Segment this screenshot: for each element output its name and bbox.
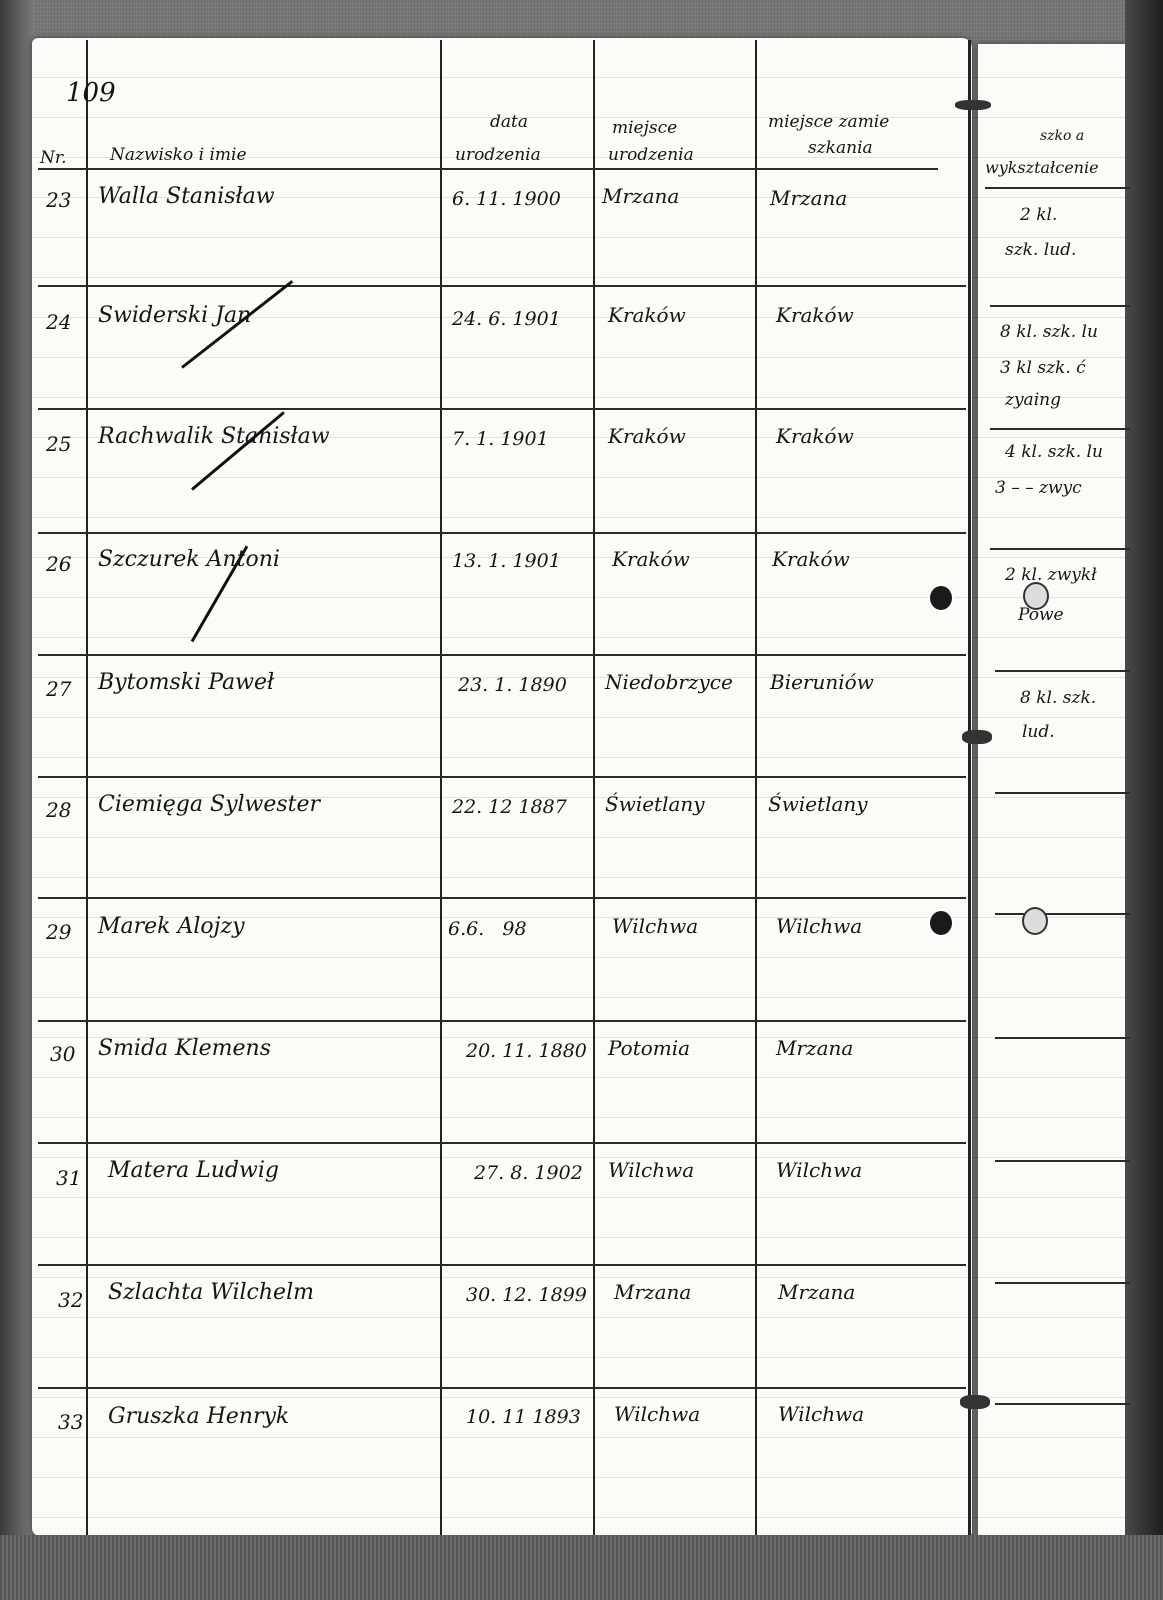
punch-hole [1023,582,1049,610]
row-birth-date: 22. 12 1887 [452,796,567,818]
register-page-right [978,44,1130,1544]
education-separator [995,913,1130,915]
header-no: Nr. [40,148,67,168]
header-residence-line1: miejsce zamie [768,112,889,132]
row-birth-place: Niedobrzyce [605,670,733,694]
header-education-line2: wykształcenie [985,158,1099,177]
row-education-line2: szk. lud. [1005,240,1076,260]
row-birth-date: 30. 12. 1899 [466,1284,587,1306]
row-separator [38,532,966,534]
row-number: 32 [58,1288,83,1312]
row-education-line1: 8 kl. szk. [1020,688,1096,708]
row-name: Gruszka Henryk [108,1404,289,1429]
row-name: Szlachta Wilchelm [108,1280,314,1305]
row-birth-place: Wilchwa [608,1158,694,1182]
punch-hole [1022,907,1048,935]
punch-hole [928,909,954,937]
row-birth-date: 13. 1. 1901 [452,550,561,572]
row-separator [38,1020,966,1022]
row-separator [38,285,966,287]
row-birth-date: 6.6. 98 [448,918,527,940]
row-education-line1: 4 kl. szk. lu [1005,442,1103,462]
row-residence: Świetlany [768,792,868,816]
row-residence: Mrzana [776,1036,853,1060]
scan-left-edge [0,0,34,1600]
header-name: Nazwisko i imie [110,145,247,165]
column-divider-binding [968,40,971,1535]
header-education-line1: szko a [1040,128,1084,144]
row-birth-date: 27. 8. 1902 [474,1162,583,1184]
row-birth-place: Wilchwa [612,914,698,938]
row-separator [38,776,966,778]
row-number: 28 [46,798,71,822]
row-education-line2: lud. [1022,722,1055,742]
row-separator [38,1142,966,1144]
row-birth-place: Świetlany [605,792,705,816]
education-separator [995,792,1130,794]
row-name: Walla Stanisław [98,184,275,209]
row-number: 25 [46,432,71,456]
row-separator [38,654,966,656]
education-separator [995,1037,1130,1039]
row-education-line2: 3 – – zwyc [995,478,1082,498]
row-name: Smida Klemens [98,1036,271,1061]
education-separator [990,548,1130,550]
row-birth-date: 6. 11. 1900 [452,188,561,210]
header-birth-date-line2: urodzenia [455,145,541,165]
row-birth-place: Potomia [608,1036,690,1060]
row-birth-date: 23. 1. 1890 [458,674,567,696]
row-residence: Wilchwa [776,914,862,938]
column-divider-birthplace [755,40,757,1535]
row-number: 23 [46,188,71,212]
row-residence: Kraków [772,547,850,571]
row-birth-place: Mrzana [614,1280,691,1304]
binding-clip [955,100,991,110]
row-number: 30 [50,1042,75,1066]
education-separator [995,1403,1130,1405]
binding-clip [962,730,992,744]
row-separator [38,897,966,899]
row-residence: Wilchwa [778,1402,864,1426]
row-birth-place: Kraków [608,303,686,327]
education-separator [995,1282,1130,1284]
row-name: Matera Ludwig [108,1158,279,1183]
education-separator [995,670,1130,672]
row-name: Szczurek Antoni [98,547,280,572]
scan-right-edge [1125,0,1163,1600]
register-page-left [32,38,972,1536]
row-residence: Kraków [776,424,854,448]
header-birth-date-line1: data [490,112,528,132]
row-separator [38,408,966,410]
column-divider-date [593,40,595,1535]
row-education-line2: 3 kl szk. ć [1000,358,1086,378]
row-number: 24 [46,310,71,334]
row-residence: Wilchwa [776,1158,862,1182]
row-education-line1: 2 kl. [1020,205,1057,225]
row-residence: Mrzana [778,1280,855,1304]
row-birth-date: 10. 11 1893 [466,1406,581,1428]
row-residence: Mrzana [770,186,847,210]
binding-clip [960,1395,990,1409]
row-education-line1: 8 kl. szk. lu [1000,322,1098,342]
row-number: 33 [58,1410,83,1434]
row-birth-place: Kraków [608,424,686,448]
row-name: Marek Alojzy [98,914,245,939]
row-name: Rachwalik Stanisław [98,424,330,449]
education-separator [995,1160,1130,1162]
header-birth-place-line1: miejsce [612,118,677,138]
education-separator [990,428,1130,430]
row-number: 26 [46,552,71,576]
header-underline [38,168,938,170]
column-divider-no [86,40,88,1535]
row-separator [38,1264,966,1266]
header-underline-right [985,187,1130,189]
row-education-line1: 2 kl. zwykł [1005,565,1097,585]
row-name: Bytomski Paweł [98,670,274,695]
scan-bottom-edge [0,1535,1163,1600]
punch-hole [928,584,954,612]
header-residence-line2: szkania [808,138,873,158]
row-birth-date: 20. 11. 1880 [466,1040,587,1062]
row-residence: Bieruniów [770,670,874,694]
row-separator [38,1387,966,1389]
row-education-line3: zyaing [1005,390,1061,410]
row-number: 31 [56,1166,81,1190]
row-number: 29 [46,920,71,944]
row-birth-place: Kraków [612,547,690,571]
header-birth-place-line2: urodzenia [608,145,694,165]
column-divider-name [440,40,442,1535]
row-number: 27 [46,677,71,701]
education-separator [990,305,1130,307]
page-number: 109 [66,78,116,108]
row-birth-place: Wilchwa [614,1402,700,1426]
row-birth-place: Mrzana [602,184,679,208]
row-residence: Kraków [776,303,854,327]
row-name: Ciemięga Sylwester [98,792,320,817]
row-name: Swiderski Jan [98,303,251,328]
row-birth-date: 7. 1. 1901 [452,428,549,450]
row-birth-date: 24. 6. 1901 [452,308,561,330]
